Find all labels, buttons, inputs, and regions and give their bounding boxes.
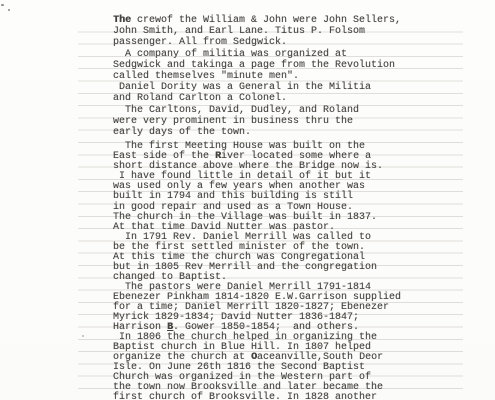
typed-line: Daniel Dority was a General in the Milit… <box>113 82 401 93</box>
typed-text-segment: were very prominent in business thru the <box>113 116 353 127</box>
typed-line: Sedgwick and takinga a page from the Rev… <box>113 60 401 71</box>
typed-line: John Smith, and Earl Lane. Titus P. Fols… <box>113 26 401 37</box>
scan-speck <box>1 4 4 6</box>
typed-line: passenger. All from Sedgwick. <box>113 37 401 48</box>
typed-line: early days of the town. <box>113 127 401 138</box>
paragraph-block-1: The crewof the William & John were John … <box>113 15 401 138</box>
typed-line: The Carltons, David, Dudley, and Roland <box>113 105 401 116</box>
typed-text-segment: Sedgwick and takinga a page from the Rev… <box>113 60 395 71</box>
typed-text-segment: early days of the town. <box>113 127 251 138</box>
scan-speck <box>82 335 84 337</box>
typed-line: A company of militia was organized at <box>113 49 401 60</box>
typed-line: called themselves "minute men". <box>113 71 401 82</box>
typed-text-segment: passenger. All from Sedgwick. <box>113 37 287 48</box>
typed-line: and Roland Carlton a Colonel. <box>113 93 401 104</box>
typed-text-segment: crewof the William & John were John Sell… <box>131 15 401 26</box>
typed-text-segment: John Smith, and Earl Lane. Titus P. Fols… <box>113 26 365 37</box>
typed-text-segment: and Roland Carlton a Colonel. <box>113 93 287 104</box>
typed-line: first church of Brooksville. In 1828 ano… <box>113 393 401 400</box>
typed-text-segment: called themselves "minute men". <box>113 71 299 82</box>
paragraph-block-2: The first Meeting House was built on the… <box>113 142 401 400</box>
scan-speck <box>8 9 10 11</box>
typed-text-segment: The Carltons, David, Dudley, and Roland <box>113 105 359 116</box>
typed-text: The crewof the William & John were John … <box>113 15 401 400</box>
overstruck-text: The <box>113 15 131 26</box>
typed-line: were very prominent in business thru the <box>113 116 401 127</box>
typed-text-segment: Daniel Dority was a General in the Milit… <box>113 82 371 93</box>
typed-text-segment: A company of militia was organized at <box>113 49 347 60</box>
typed-line: The crewof the William & John were John … <box>113 15 401 26</box>
typed-text-segment: first church of Brooksville. In 1828 ano… <box>113 392 377 400</box>
document-page: The crewof the William & John were John … <box>0 0 495 400</box>
